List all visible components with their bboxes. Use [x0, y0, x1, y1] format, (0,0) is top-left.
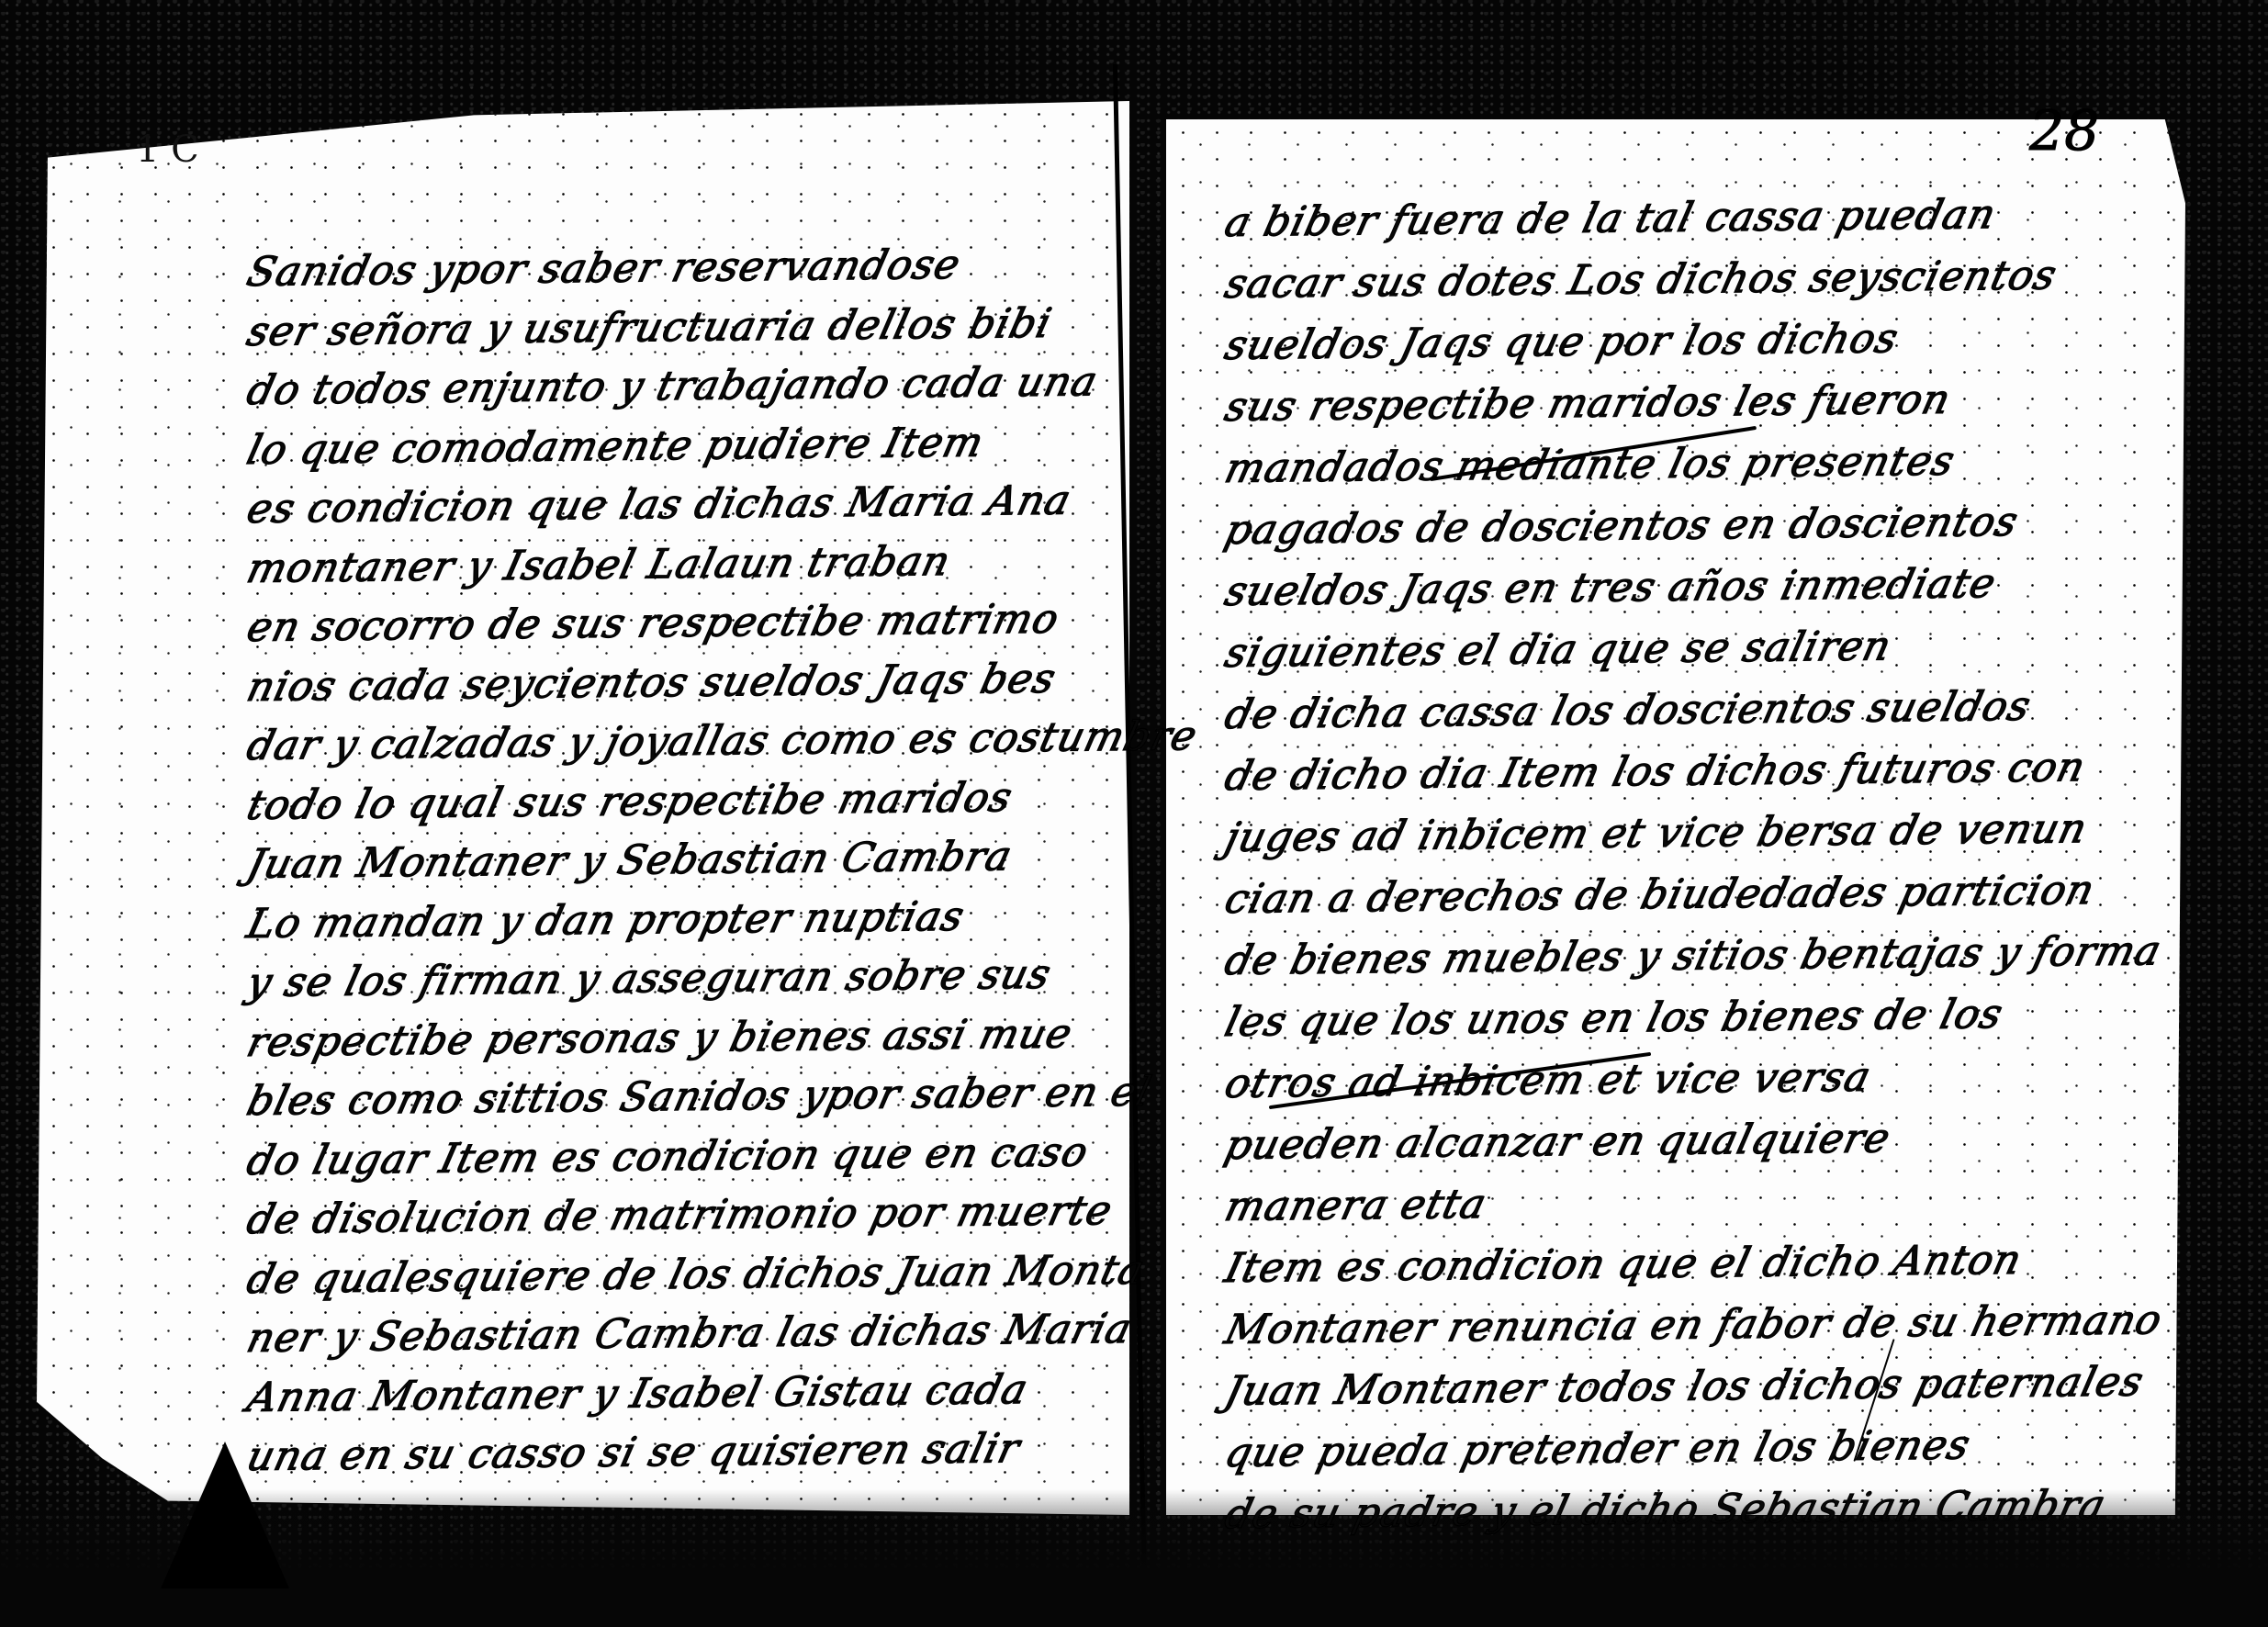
manuscript-line: una en su casso si se quisieren salir [241, 1419, 1139, 1487]
manuscript-line: dar y calzadas y joyallas como es costum… [241, 708, 1139, 777]
manuscript-line: nios cada seycientos sueldos Jaqs bes [241, 648, 1139, 717]
manuscript-line: de qualesquiere de los dichos Juan Monta [241, 1240, 1139, 1309]
manuscript-line: mandados mediante los presentes [1218, 429, 2200, 500]
manuscript-line: montaner y Isabel Lalaun traban [241, 530, 1139, 599]
manuscript-line: pueden alcanzar en qualquiere [1218, 1105, 2200, 1177]
manuscript-line: de dicho dia Item los dichos futuros con [1218, 736, 2200, 808]
manuscript-line: ser señora y usufructuaria dellos bibi [241, 293, 1139, 362]
right-page-text: a biber fuera de la tal cassa puedan sac… [1226, 193, 2190, 1546]
manuscript-line: Juan Montaner y Sebastian Cambra [241, 826, 1139, 895]
manuscript-line: otros ad inbicem et vice versa [1218, 1044, 2200, 1116]
left-margin-mark: 1 C [136, 129, 199, 171]
manuscript-line: sus respectibe maridos les fueron [1218, 367, 2200, 439]
manuscript-line: ner y Sebastian Cambra las dichas Maria [241, 1300, 1139, 1369]
manuscript-line: les que los unos en los bienes de los [1218, 982, 2200, 1054]
manuscript-line: en socorro de sus respectibe matrimo [241, 589, 1139, 658]
manuscript-line: sacar sus dotes Los dichos seyscientos [1218, 244, 2200, 316]
left-page-text: Sanidos ypor saber reservandose ser seño… [248, 243, 1129, 1487]
manuscript-line: de dicha cassa los doscientos sueldos [1218, 675, 2200, 746]
manuscript-line: Montaner renuncia en fabor de su hermano [1218, 1290, 2200, 1362]
manuscript-line: do lugar Item es condicion que en caso [241, 1122, 1139, 1191]
manuscript-line: todo lo qual sus respectibe maridos [241, 767, 1139, 836]
manuscript-line: sueldos Jaqs que por los dichos [1218, 306, 2200, 377]
manuscript-line: pagados de doscientos en doscientos [1218, 490, 2200, 562]
manuscript-line: Sanidos ypor saber reservandose [241, 234, 1139, 303]
manuscript-line: Item es condicion que el dicho Anton [1218, 1229, 2200, 1300]
page-number: 28 [2029, 99, 2099, 163]
manuscript-line: de bienes muebles y sitios bentajas y fo… [1218, 921, 2200, 993]
manuscript-line: juges ad inbicem et vice bersa de venun [1218, 798, 2200, 870]
manuscript-line: y se los firman y asseguran sobre sus [241, 945, 1139, 1014]
manuscript-line: es condicion que las dichas Maria Ana [241, 471, 1139, 540]
manuscript-line: Juan Montaner todos los dichos paternale… [1218, 1352, 2200, 1423]
manuscript-line: Lo mandan y dan propter nuptias [241, 885, 1139, 954]
manuscript-line: de su padre y el dicho Sebastian Cambra [1218, 1475, 2200, 1546]
manuscript-line: que pueda pretender en los bienes [1218, 1413, 2200, 1485]
manuscript-line: respectibe personas y bienes assi mue [241, 1004, 1139, 1072]
manuscript-line: do todos enjunto y trabajando cada una [241, 353, 1139, 421]
manuscript-line: manera etta [1218, 1167, 2200, 1239]
manuscript-line: de disolucion de matrimonio por muerte [241, 1182, 1139, 1251]
manuscript-line: a biber fuera de la tal cassa puedan [1218, 183, 2200, 254]
manuscript-line: cian a derechos de biudedades particion [1218, 859, 2200, 931]
manuscript-line: lo que comodamente pudiere Item [241, 411, 1139, 480]
manuscript-line: siguientes el dia que se saliren [1218, 613, 2200, 685]
manuscript-line: Anna Montaner y Isabel Gistau cada [241, 1359, 1139, 1428]
manuscript-line: sueldos Jaqs en tres años inmediate [1218, 552, 2200, 623]
manuscript-line: bles como sittios Sanidos ypor saber en … [241, 1063, 1139, 1132]
